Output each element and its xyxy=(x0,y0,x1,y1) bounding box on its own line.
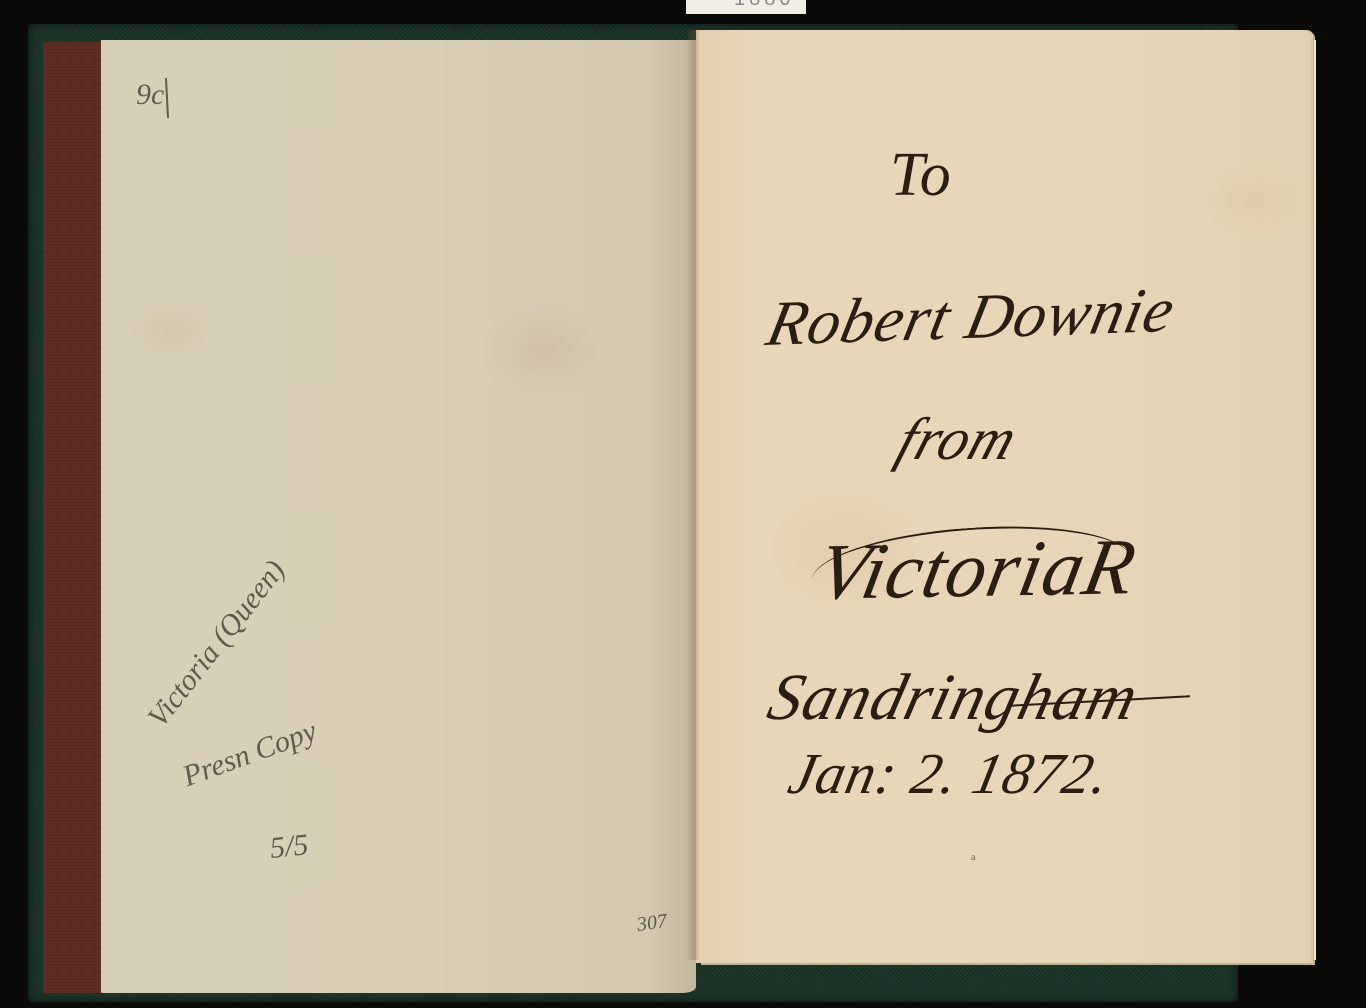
page-edge xyxy=(1314,40,1316,960)
book-gutter xyxy=(686,30,700,960)
pencil-page-number: 307 xyxy=(636,910,669,937)
pencil-price-note: 5/5 xyxy=(268,828,310,866)
inscription-recipient: Robert Downie xyxy=(760,273,1181,361)
shelfmark-text: 9c xyxy=(136,78,164,111)
inscription-signature: VictoriaR xyxy=(811,522,1144,618)
inscription-place: Sandringham xyxy=(761,660,1147,736)
printer-signature-mark: a xyxy=(971,852,975,863)
brown-endpaper-strip xyxy=(43,42,103,993)
book-photo: 1880 9c Victoria (Queen) Presn Copy 5/5 … xyxy=(0,0,1366,1008)
inscription-to: To xyxy=(890,140,952,211)
catalogue-slip-number: 1880 xyxy=(734,0,795,11)
pencil-shelfmark: 9c xyxy=(136,78,168,118)
inscription-date: Jan: 2. 1872. xyxy=(783,740,1116,807)
catalogue-slip: 1880 xyxy=(686,0,806,14)
inscription-from: from xyxy=(889,405,1027,474)
left-flyleaf-page xyxy=(101,40,696,993)
right-inscription-page xyxy=(696,30,1310,963)
